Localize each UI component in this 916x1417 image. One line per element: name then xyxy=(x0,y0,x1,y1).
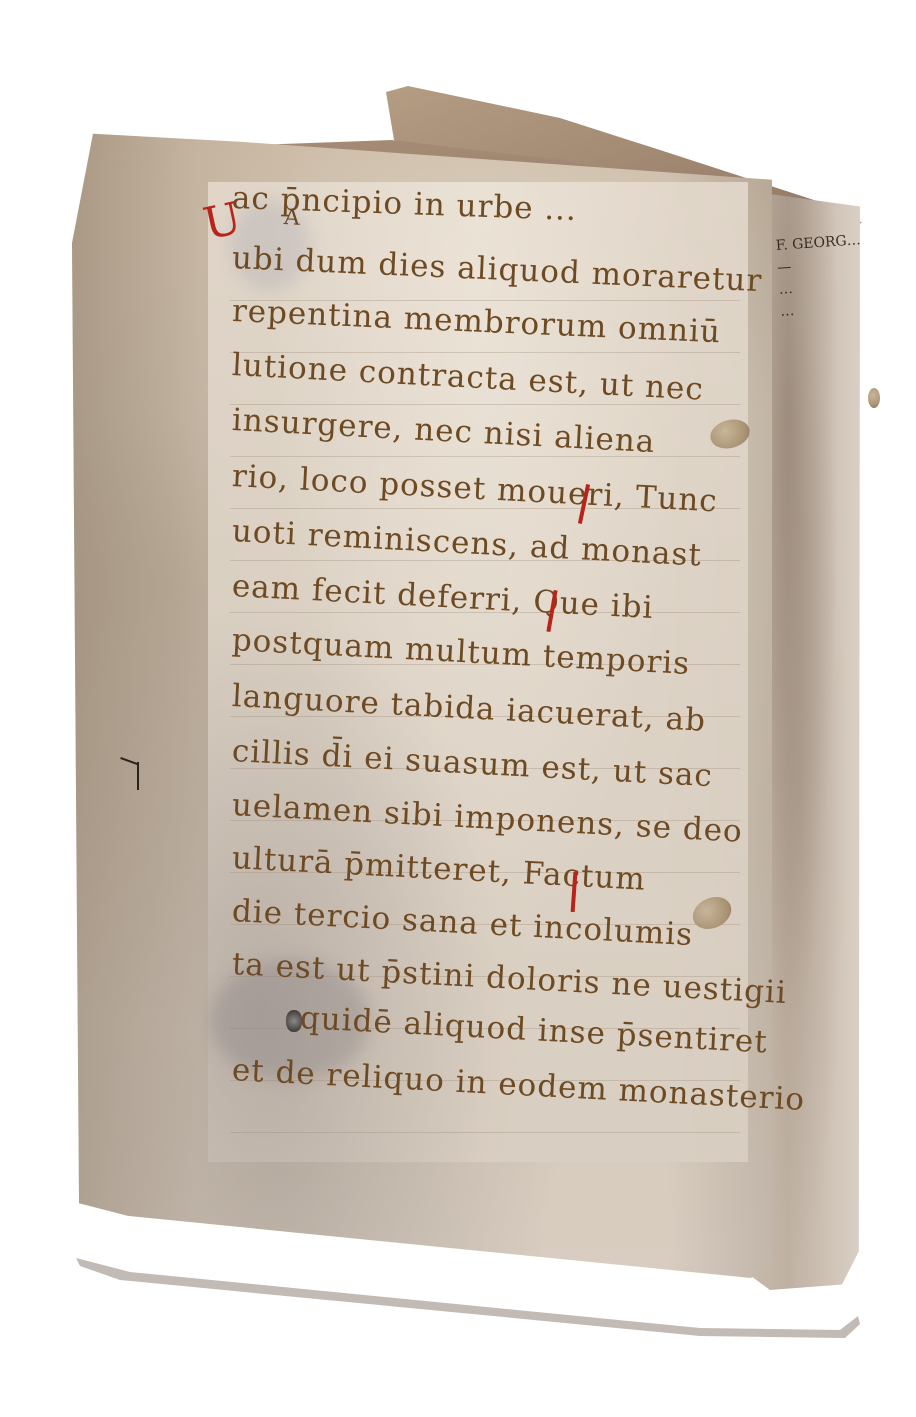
spine-label: F. GEORG… — … … xyxy=(775,229,866,323)
interlinear-gloss: A xyxy=(283,205,301,231)
ruling-line xyxy=(230,1132,740,1133)
book-bottom-edge xyxy=(0,1220,916,1340)
spine-label-line: … xyxy=(778,281,793,298)
spine-label-line: — xyxy=(777,259,792,276)
spine-label-line: F. GEORG… xyxy=(775,232,861,254)
tie-knob xyxy=(868,388,880,408)
wormhole xyxy=(286,1010,302,1032)
book-photograph: U ac p̄ncipio in urbe ... A ubi dum dies… xyxy=(0,0,916,1417)
ruling-line xyxy=(230,456,740,457)
ink-mark xyxy=(137,762,139,790)
spine-label-line: … xyxy=(780,303,795,320)
